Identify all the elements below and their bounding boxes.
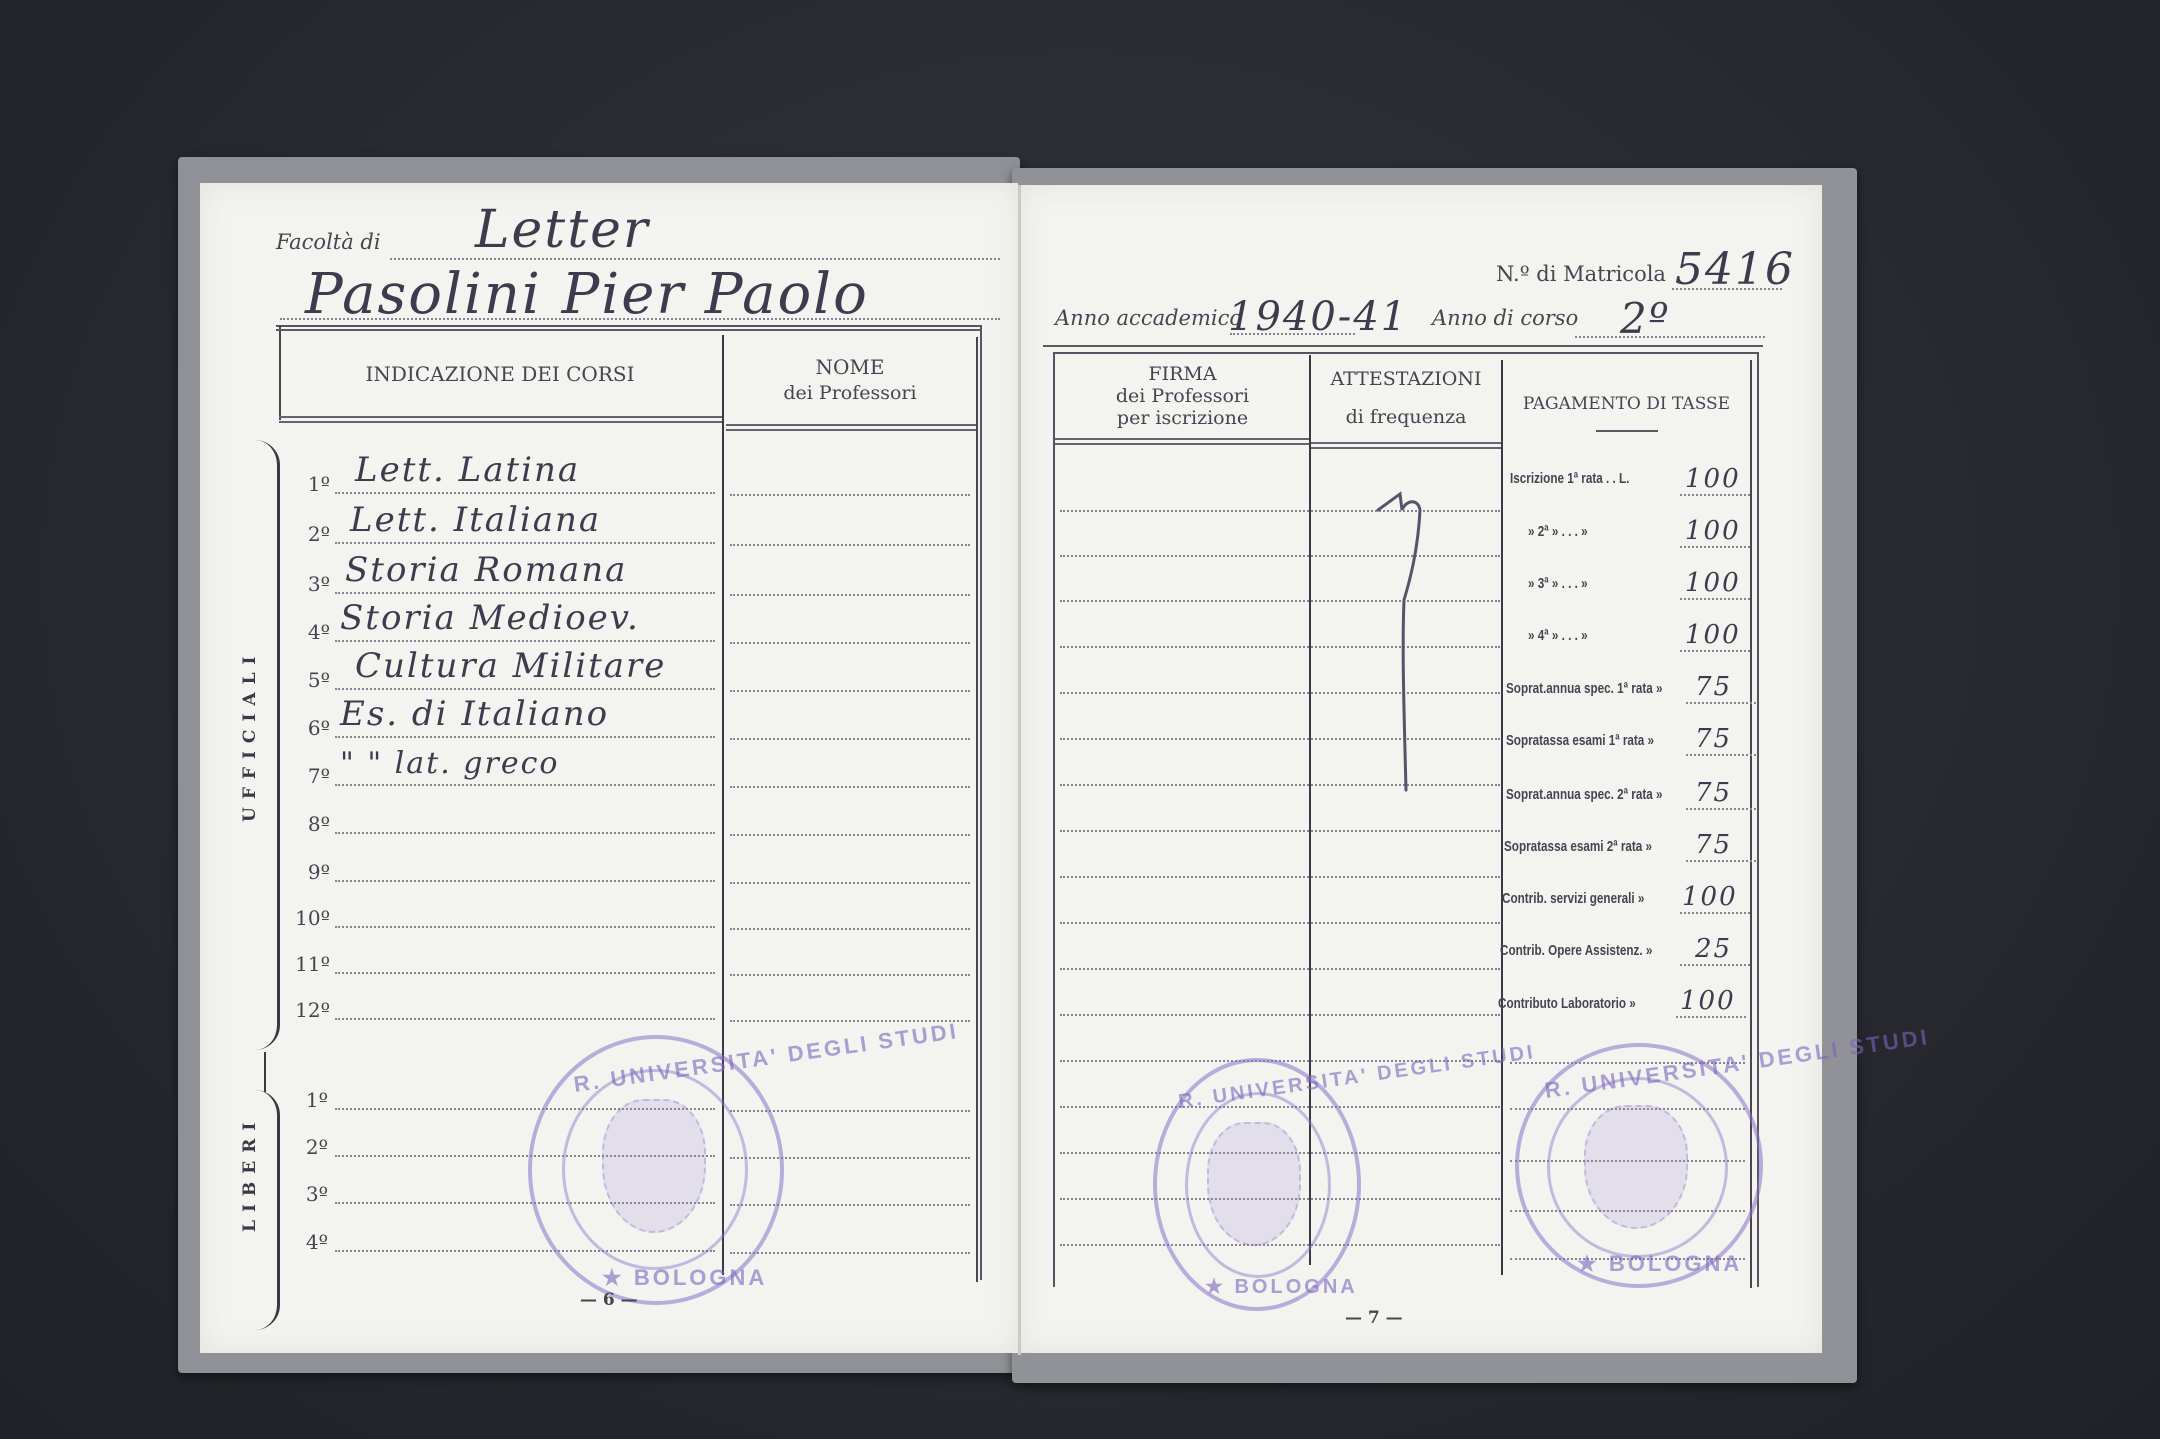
prof-line — [730, 1252, 970, 1254]
fee-line — [1680, 598, 1750, 600]
prof-line — [730, 974, 970, 976]
row-number: 7º — [280, 764, 330, 788]
matricola-value: 5416 — [1675, 244, 1795, 295]
row-line — [335, 926, 715, 928]
fee-value: 100 — [1685, 464, 1765, 494]
row-number: 3º — [280, 572, 330, 596]
header-signature-sub1: dei Professori — [1056, 384, 1309, 408]
row-number: 6º — [280, 716, 330, 740]
row-number: 12º — [280, 998, 330, 1022]
academic-year-label: Anno accademico — [1055, 306, 1242, 330]
fee-value: 100 — [1685, 620, 1765, 650]
fee-value: 75 — [1695, 830, 1775, 860]
row-line — [335, 972, 715, 974]
fee-line — [1680, 494, 1750, 496]
row-number: 11º — [280, 952, 330, 976]
row-line — [335, 688, 715, 690]
row-line — [335, 784, 715, 786]
prof-line — [730, 690, 970, 692]
fee-label: Iscrizione 1ª rata . . L. — [1510, 470, 1629, 487]
stamp-bottom-text: ★ BOLOGNA — [1205, 1274, 1358, 1299]
row-line — [1060, 968, 1500, 970]
course-entry: Storia Medioev. — [340, 598, 640, 638]
row-line — [335, 880, 715, 882]
header-divider-2 — [1311, 442, 1501, 449]
fee-line — [1680, 546, 1750, 548]
header-attendance-title: ATTESTAZIONI — [1311, 367, 1501, 391]
university-stamp-right: R. UNIVERSITA' DEGLI STUDI ★ BOLOGNA — [1515, 1043, 1763, 1288]
prof-line — [730, 544, 970, 546]
fee-label: » 4ª » . . . » — [1528, 627, 1588, 644]
header-divider-left — [279, 416, 722, 423]
row-line — [1060, 1014, 1500, 1016]
fee-value: 75 — [1695, 672, 1775, 702]
header-fees: PAGAMENTO DI TASSE — [1503, 392, 1750, 416]
row-number: 1º — [278, 1088, 328, 1112]
fee-line — [1686, 860, 1756, 862]
fee-label: Soprat.annua spec. 2ª rata » — [1506, 786, 1662, 803]
fee-label: » 2ª » . . . » — [1528, 523, 1588, 540]
fee-line — [1680, 650, 1750, 652]
prof-line — [730, 494, 970, 496]
fee-value: 25 — [1695, 934, 1775, 964]
stamp-crest-icon — [1584, 1105, 1688, 1229]
prof-line — [730, 834, 970, 836]
section-label-free: LIBERI — [240, 1115, 260, 1232]
row-number: 3º — [278, 1182, 328, 1206]
stamp-bottom-text: ★ BOLOGNA — [1577, 1251, 1742, 1277]
row-line — [1060, 830, 1500, 832]
header-fees-rule — [1596, 430, 1658, 432]
header-professors-title: NOME — [724, 355, 976, 379]
row-number: 1º — [280, 472, 330, 496]
fee-line — [1676, 1016, 1746, 1018]
book-spine — [1018, 185, 1021, 1355]
fee-label: Contrib. Opere Assistenz. » — [1500, 942, 1652, 959]
course-entry: Lett. Latina — [355, 450, 580, 490]
row-line — [1060, 784, 1500, 786]
fee-label: Soprat.annua spec. 1ª rata » — [1506, 680, 1662, 697]
row-number: 5º — [280, 668, 330, 692]
fee-label: Contributo Laboratorio » — [1498, 995, 1636, 1012]
academic-year-value: 1940-41 — [1228, 294, 1408, 340]
fee-line — [1686, 702, 1756, 704]
prof-line — [730, 882, 970, 884]
fee-line — [1686, 808, 1756, 810]
fee-value: 100 — [1685, 568, 1765, 598]
header-courses: INDICAZIONE DEI CORSI — [280, 362, 720, 386]
course-entry: " " lat. greco — [340, 746, 559, 781]
row-line — [1060, 922, 1500, 924]
row-line — [1060, 692, 1500, 694]
row-line — [1060, 510, 1500, 512]
header-divider-right — [726, 424, 976, 431]
fee-value: 75 — [1695, 778, 1775, 808]
course-entry: Lett. Italiana — [350, 500, 601, 540]
fee-line — [1680, 912, 1750, 914]
prof-line — [730, 738, 970, 740]
row-number: 4º — [278, 1230, 328, 1254]
fee-value: 100 — [1680, 986, 1760, 1016]
row-number: 2º — [278, 1135, 328, 1159]
attendance-signature-mark — [1370, 490, 1430, 800]
row-line — [335, 736, 715, 738]
row-number: 2º — [280, 522, 330, 546]
row-number: 8º — [280, 812, 330, 836]
row-number: 4º — [280, 620, 330, 644]
section-separator — [264, 1052, 266, 1092]
fee-label: » 3ª » . . . » — [1528, 575, 1588, 592]
fee-value: 100 — [1685, 516, 1765, 546]
university-stamp-left: R. UNIVERSITA' DEGLI STUDI ★ BOLOGNA — [528, 1035, 784, 1305]
header-attendance-sub: di frequenza — [1311, 405, 1501, 429]
course-entry: Storia Romana — [345, 550, 627, 590]
fee-value: 75 — [1695, 724, 1775, 754]
stamp-crest-icon — [1207, 1122, 1301, 1246]
row-line — [1060, 646, 1500, 648]
prof-line — [730, 928, 970, 930]
row-line — [1060, 738, 1500, 740]
fee-label: Sopratassa esami 1ª rata » — [1506, 732, 1654, 749]
fee-value: 100 — [1682, 882, 1762, 912]
row-line — [335, 542, 715, 544]
course-entry: Es. di Italiano — [340, 694, 609, 734]
header-signature-sub2: per iscrizione — [1056, 406, 1309, 430]
table-top-double — [276, 329, 982, 331]
fee-label: Sopratassa esami 2ª rata » — [1504, 838, 1652, 855]
student-name: Pasolini Pier Paolo — [305, 262, 869, 327]
row-line — [335, 592, 715, 594]
university-stamp-middle: R. UNIVERSITA' DEGLI STUDI ★ BOLOGNA — [1153, 1058, 1361, 1311]
matricola-label: N.º di Matricola — [1496, 262, 1666, 286]
fee-label: Contrib. servizi generali » — [1502, 890, 1644, 907]
stamp-bottom-text: ★ BOLOGNA — [602, 1265, 767, 1291]
row-line — [335, 832, 715, 834]
table-right-inner-border — [976, 337, 978, 1282]
row-number: 9º — [280, 860, 330, 884]
faculty-label: Facoltà di — [276, 230, 381, 254]
row-line — [1060, 555, 1500, 557]
page-number-left: — 6 — — [580, 1290, 638, 1310]
row-line — [1060, 876, 1500, 878]
prof-line — [730, 594, 970, 596]
prof-line — [730, 642, 970, 644]
stamp-crest-icon — [602, 1099, 706, 1233]
column-divider-2 — [1501, 360, 1503, 1275]
table-top-rule — [1043, 345, 1763, 347]
fee-line — [1680, 964, 1750, 966]
row-line — [335, 640, 715, 642]
course-entry: Cultura Militare — [355, 646, 666, 686]
page-number-right: — 7 — — [1345, 1308, 1403, 1328]
header-professors-sub: dei Professori — [724, 381, 976, 405]
prof-line — [730, 786, 970, 788]
header-signature-title: FIRMA — [1056, 362, 1309, 386]
course-year-label: Anno di corso — [1432, 306, 1578, 330]
header-divider-1 — [1055, 438, 1309, 445]
row-number: 10º — [280, 906, 330, 930]
row-line — [335, 1018, 715, 1020]
row-line — [1060, 600, 1500, 602]
course-year-value: 2º — [1620, 294, 1670, 343]
section-label-official: UFFICIALI — [240, 649, 260, 823]
fee-line — [1686, 754, 1756, 756]
row-line — [335, 492, 715, 494]
faculty-value: Letter — [475, 200, 650, 260]
